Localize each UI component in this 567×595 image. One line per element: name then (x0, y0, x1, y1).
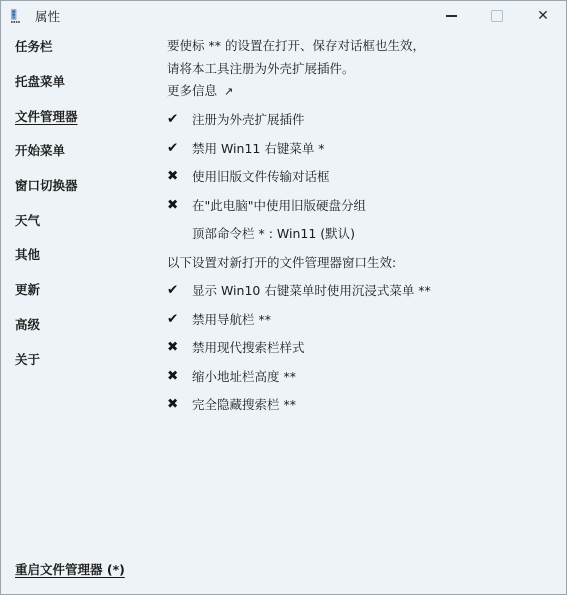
setting-label: 禁用 Win11 右键菜单 * (192, 139, 325, 157)
sidebar-item-label: 更新 (15, 280, 40, 298)
sidebar-item[interactable]: 其他 (1, 237, 161, 272)
sidebar-item-label: 天气 (15, 211, 40, 229)
sidebar-item-label: 托盘菜单 (15, 72, 65, 90)
setting-row[interactable]: ✖使用旧版文件传输对话框 (167, 162, 562, 191)
maximize-icon (491, 10, 503, 22)
sidebar-item-label: 高级 (15, 315, 40, 333)
sidebar-item[interactable]: 更新 (1, 272, 161, 307)
setting-row[interactable]: ✖禁用现代搜索栏样式 (167, 333, 562, 362)
setting-label: 以下设置对新打开的文件管理器窗口生效: (167, 253, 396, 271)
sidebar-item-label: 关于 (15, 350, 40, 368)
intro-text: 要使标 ** 的设置在打开、保存对话框也生效， 请将本工具注册为外壳扩展插件。 (167, 29, 562, 80)
intro-line-2: 请将本工具注册为外壳扩展插件。 (167, 57, 562, 80)
cross-icon: ✖ (167, 339, 192, 355)
sidebar-item[interactable]: 关于 (1, 341, 161, 376)
setting-label: 禁用现代搜索栏样式 (192, 338, 305, 356)
window-title: 属性 (35, 7, 60, 25)
setting-label: 禁用导航栏 ** (192, 310, 271, 328)
setting-label: 使用旧版文件传输对话框 (192, 167, 330, 185)
sidebar-item[interactable]: 开始菜单 (1, 133, 161, 168)
settings-section-header: 以下设置对新打开的文件管理器窗口生效: (167, 248, 562, 277)
setting-row[interactable]: ✔注册为外壳扩展插件 (167, 105, 562, 134)
check-icon: ✔ (167, 111, 192, 127)
more-info-label: 更多信息 (167, 83, 217, 98)
setting-row[interactable]: ✔显示 Win10 右键菜单时使用沉浸式菜单 ** (167, 276, 562, 305)
content: 要使标 ** 的设置在打开、保存对话框也生效， 请将本工具注册为外壳扩展插件。 … (167, 29, 562, 419)
sidebar-item[interactable]: 高级 (1, 307, 161, 342)
cross-icon: ✖ (167, 396, 192, 412)
setting-label: 完全隐藏搜索栏 ** (192, 395, 296, 413)
check-icon: ✔ (167, 311, 192, 327)
properties-window: 属性 ✕ 任务栏托盘菜单文件管理器开始菜单窗口切换器天气其他更新高级关于 要使标… (0, 0, 567, 595)
sidebar-item-label: 窗口切换器 (15, 176, 78, 194)
check-icon: ✔ (167, 282, 192, 298)
sidebar-item[interactable]: 任务栏 (1, 29, 161, 64)
sidebar-item[interactable]: 文件管理器 (1, 98, 161, 133)
sidebar-item-label: 其他 (15, 245, 40, 263)
sidebar-item[interactable]: 天气 (1, 202, 161, 237)
setting-row[interactable]: ✖缩小地址栏高度 ** (167, 362, 562, 391)
more-info-link[interactable]: 更多信息 ↗ (167, 81, 233, 101)
close-button[interactable]: ✕ (520, 1, 566, 31)
sidebar-item[interactable]: 窗口切换器 (1, 168, 161, 203)
sidebar-item-label: 文件管理器 (15, 107, 78, 125)
setting-label: 注册为外壳扩展插件 (192, 110, 305, 128)
maximize-button (474, 1, 520, 31)
cross-icon: ✖ (167, 197, 192, 213)
minimize-button[interactable] (428, 1, 474, 31)
setting-row[interactable]: 顶部命令栏 * : Win11 (默认) (167, 219, 562, 248)
intro-line-1: 要使标 ** 的设置在打开、保存对话框也生效， (167, 34, 562, 57)
setting-label: 在"此电脑"中使用旧版硬盘分组 (192, 196, 366, 214)
settings-list: ✔注册为外壳扩展插件✔禁用 Win11 右键菜单 *✖使用旧版文件传输对话框✖在… (167, 105, 562, 419)
sidebar-item-label: 任务栏 (15, 37, 53, 55)
close-icon: ✕ (537, 9, 549, 23)
window-controls: ✕ (428, 1, 566, 31)
setting-label: 顶部命令栏 * : Win11 (默认) (192, 224, 355, 242)
setting-row[interactable]: ✔禁用导航栏 ** (167, 305, 562, 334)
external-link-icon: ↗ (224, 85, 233, 98)
titlebar: 属性 ✕ (1, 1, 566, 31)
setting-row[interactable]: ✔禁用 Win11 右键菜单 * (167, 134, 562, 163)
cross-icon: ✖ (167, 368, 192, 384)
setting-row[interactable]: ✖完全隐藏搜索栏 ** (167, 390, 562, 419)
restart-explorer-link[interactable]: 重启文件管理器 (*) (15, 560, 125, 578)
sidebar-item[interactable]: 托盘菜单 (1, 64, 161, 99)
sidebar: 任务栏托盘菜单文件管理器开始菜单窗口切换器天气其他更新高级关于 (1, 29, 161, 376)
check-icon: ✔ (167, 140, 192, 156)
minimize-icon (446, 15, 457, 16)
cross-icon: ✖ (167, 168, 192, 184)
app-icon (9, 7, 27, 25)
sidebar-item-label: 开始菜单 (15, 141, 65, 159)
setting-label: 显示 Win10 右键菜单时使用沉浸式菜单 ** (192, 281, 431, 299)
setting-row[interactable]: ✖在"此电脑"中使用旧版硬盘分组 (167, 191, 562, 220)
setting-label: 缩小地址栏高度 ** (192, 367, 296, 385)
